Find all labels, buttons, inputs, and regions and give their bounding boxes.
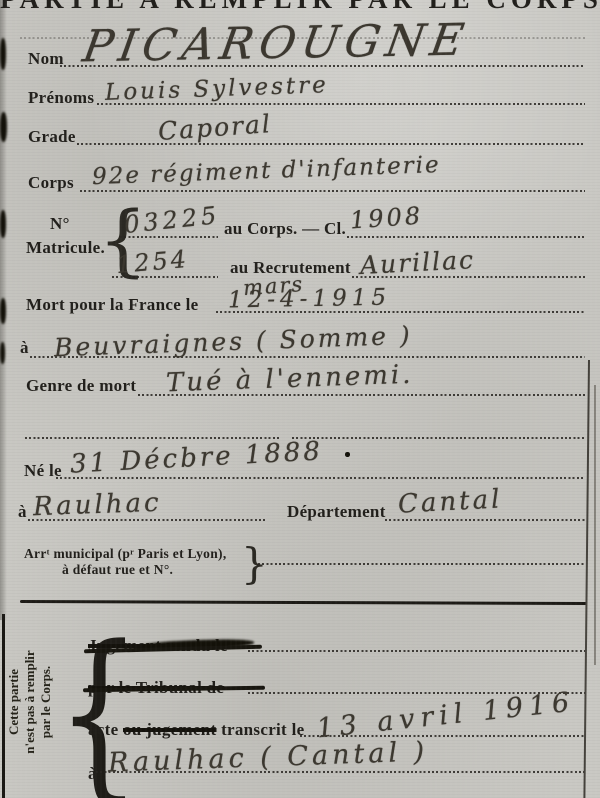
matricule-recrutement-number: 1254 — [115, 245, 190, 279]
acte-label-prefix: acte — [88, 720, 123, 739]
left-border — [2, 614, 5, 798]
ne-le-value: 31 Décbre 1888 — [69, 436, 323, 479]
classe-value: 1908 — [349, 201, 424, 234]
lieu-acte-label: à — [88, 764, 97, 784]
scan-artifact — [0, 38, 6, 70]
side-note-line: n'est pas à remplir — [22, 627, 38, 777]
section-divider-dotted — [25, 437, 280, 439]
matricule-label-line1: N° — [50, 214, 70, 234]
dotted-line — [258, 563, 585, 565]
matricule-corps-text: au Corps. — Cl. — [224, 219, 346, 239]
right-border-inner — [594, 385, 596, 665]
section-divider-solid — [20, 600, 587, 605]
side-note-line: Cette partie — [6, 627, 22, 777]
genre-mort-label: Genre de mort — [26, 376, 136, 396]
dotted-line — [56, 477, 585, 479]
lieu-naissance-value: Raulhac — [33, 488, 163, 522]
scan-artifact — [0, 298, 6, 324]
right-border — [583, 360, 590, 798]
dotted-line — [385, 519, 585, 521]
dotted-line — [347, 236, 585, 238]
scan-artifact — [0, 210, 6, 238]
genre-mort-value: Tué à l'ennemi. — [166, 360, 414, 399]
side-note-line: par le Corps. — [38, 627, 54, 777]
lieu-naissance-label: à — [18, 502, 27, 522]
prenoms-label: Prénoms — [28, 88, 94, 108]
arr-municipal-label-line1: Arrᵗ municipal (pʳ Paris et Lyon), — [24, 546, 227, 562]
matricule-label-line2: Matricule. — [26, 238, 105, 258]
recrutement-place-value: Aurillac — [359, 245, 475, 280]
nom-label: Nom — [28, 49, 64, 69]
acte-label-suffix: transcrit le — [217, 720, 305, 739]
scan-artifact — [0, 342, 5, 364]
dotted-line — [77, 143, 585, 145]
acte-label: acte ou jugement transcrit le — [88, 720, 304, 740]
form-section-title: PARTIE A REMPLIR PAR LE CORPS. — [0, 0, 600, 15]
prenoms-value: Louis Sylvestre — [105, 72, 330, 106]
corps-value: 92e régiment d'infanterie — [92, 152, 441, 190]
grade-value: Caporal — [157, 109, 273, 146]
dotted-line — [248, 650, 585, 652]
side-note: Cette partie n'est pas à remplir par le … — [6, 627, 54, 777]
lieu-mort-label: à — [20, 338, 29, 358]
arr-municipal-label-line2: à défaut rue et N°. — [62, 562, 173, 578]
death-record-document: PARTIE A REMPLIR PAR LE CORPS. Nom PICAR… — [0, 0, 600, 798]
departement-value: Cantal — [397, 484, 503, 519]
corps-label: Corps — [28, 173, 74, 193]
mort-label: Mort pour la France le — [26, 295, 198, 315]
scan-artifact — [0, 112, 7, 142]
section-divider-dotted — [292, 437, 585, 439]
nom-value: PICAROUGNE — [79, 15, 473, 73]
acte-label-struck: ou jugement — [123, 720, 217, 739]
grade-label: Grade — [28, 127, 76, 147]
scan-artifact — [345, 452, 350, 457]
mort-date-value: 12-4-1915 — [228, 285, 391, 314]
departement-label: Département — [287, 502, 386, 522]
dotted-line — [80, 190, 585, 192]
